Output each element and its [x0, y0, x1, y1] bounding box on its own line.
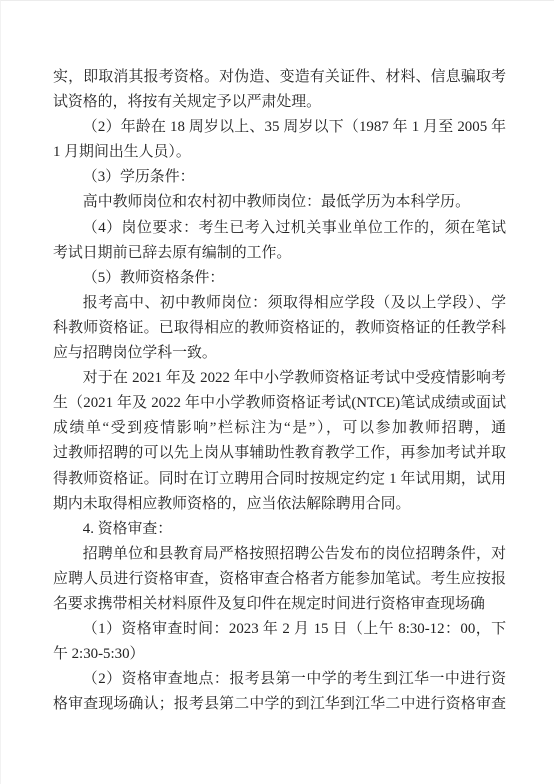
text-line: 成绩单“受到疫情影响”栏标注为“是”），可以参加教师招聘，通	[53, 416, 506, 441]
text-line: 考试日期前已辞去原有编制的工作。	[53, 241, 506, 266]
text-line: 高中教师岗位和农村初中教师岗位：最低学历为本科学历。	[53, 190, 506, 215]
text-line: 4. 资格审查：	[53, 517, 506, 542]
text-line: 格审查现场确认；报考县第二中学的到江华到江华二中进行资格审查	[53, 692, 506, 717]
text-line: （4）岗位要求：考生已考入过机关事业单位工作的，须在笔试	[53, 216, 506, 241]
text-line: 名要求携带相关材料原件及复印件在规定时间进行资格审查现场确认。	[53, 592, 506, 617]
document-page: 实，即取消其报考资格。对伪造、变造有关证件、材料、信息骗取考试资格的，将按有关规…	[0, 0, 554, 784]
text-line: 得教师资格证。同时在订立聘用合同时按规定约定 1 年试用期，试用	[53, 467, 506, 492]
text-line: （2）资格审查地点：报考县第一中学的考生到江华一中进行资	[53, 667, 506, 692]
text-line: 生（2021 年及 2022 年中小学教师资格证考试(NTCE)笔试成绩或面试	[53, 391, 506, 416]
text-line: 科教师资格证。已取得相应的教师资格证的，教师资格证的任教学科	[53, 316, 506, 341]
document-body: 实，即取消其报考资格。对伪造、变造有关证件、材料、信息骗取考试资格的，将按有关规…	[53, 65, 506, 717]
text-line: 实，即取消其报考资格。对伪造、变造有关证件、材料、信息骗取考	[53, 65, 506, 90]
text-line: 期内未取得相应教师资格的，应当依法解除聘用合同。	[53, 492, 506, 517]
text-line: 午 2:30-5:30）	[53, 642, 506, 667]
text-line: 招聘单位和县教育局严格按照招聘公告发布的岗位招聘条件，对	[53, 542, 506, 567]
text-line: （2）年龄在 18 周岁以上、35 周岁以下（1987 年 1 月至 2005 …	[53, 115, 506, 140]
text-line: 报考高中、初中教师岗位：须取得相应学段（及以上学段）、学	[53, 291, 506, 316]
text-line: （5）教师资格条件：	[53, 266, 506, 291]
text-line: 应聘人员进行资格审查，资格审查合格者方能参加笔试。考生应按报	[53, 567, 506, 592]
text-line: 对于在 2021 年及 2022 年中小学教师资格证考试中受疫情影响考	[53, 366, 506, 391]
text-line: 1 月期间出生人员）。	[53, 140, 506, 165]
text-line: 过教师招聘的可以先上岗从事辅助性教育教学工作，再参加考试并取	[53, 441, 506, 466]
text-line: 应与招聘岗位学科一致。	[53, 341, 506, 366]
text-line: （1）资格审查时间：2023 年 2 月 15 日（上午 8:30-12：00，…	[53, 617, 506, 642]
text-line: 试资格的，将按有关规定予以严肃处理。	[53, 90, 506, 115]
text-line: （3）学历条件：	[53, 165, 506, 190]
